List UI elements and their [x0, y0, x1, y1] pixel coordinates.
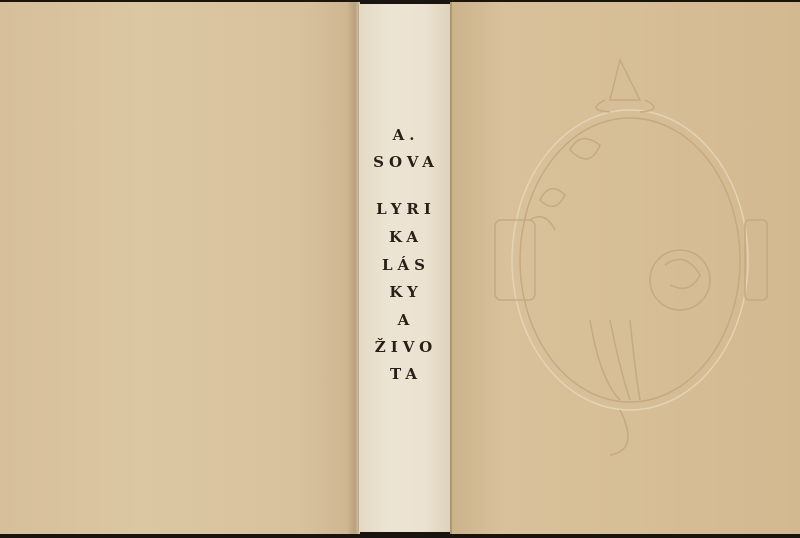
spine-title-line: ŽIVO: [359, 338, 453, 356]
spine-author-name: SOVA: [359, 153, 453, 171]
spine-title-line: A: [359, 311, 453, 329]
embossed-emblem-icon: [490, 50, 770, 470]
back-cover: [0, 2, 352, 534]
book-spine: A. SOVA LYRI KA LÁS KY A ŽIVO TA: [358, 4, 455, 532]
spine-title-line: KY: [359, 283, 453, 301]
spine-author-initial: A.: [359, 126, 453, 144]
spine-title-line: LYRI: [359, 200, 453, 218]
spine-title-line: TA: [359, 365, 453, 383]
open-book: A. SOVA LYRI KA LÁS KY A ŽIVO TA: [0, 0, 800, 538]
spine-title-line: LÁS: [359, 256, 453, 274]
spine-title-line: KA: [359, 228, 453, 246]
